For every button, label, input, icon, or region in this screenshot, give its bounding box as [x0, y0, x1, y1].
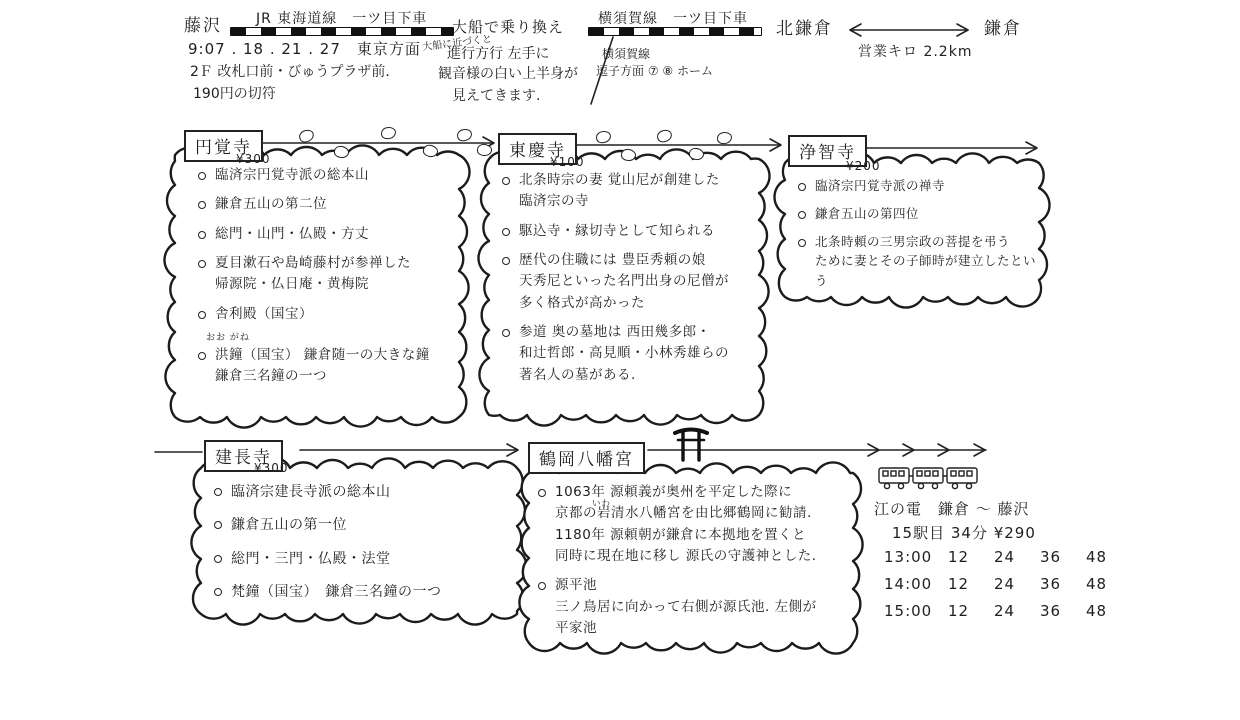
note-item: 鎌倉五山の第四位 [798, 204, 1044, 224]
note-text: 北条時頼の三男宗政の菩提を弔う ために妻とその子師時が建立したという [815, 232, 1044, 291]
timetable-cell: 15:00 [884, 602, 948, 620]
note-item: 夏目漱石や島崎藤村が参禅した 帰源院・仏日庵・黄梅院 [198, 253, 450, 296]
note-text: 洪鐘（国宝） 鎌倉随一の大きな鐘 鎌倉三名鐘の一つ [215, 345, 430, 388]
note-text: 臨済宗建長寺派の総本山 [231, 481, 391, 503]
note-text: 鎌倉五山の第一位 [231, 514, 347, 536]
note-text: 源平池 三ノ鳥居に向かって右側が源氏池. 左側が 平家池 [555, 575, 817, 639]
note-text: 総門・三門・仏殿・法堂 [231, 548, 391, 570]
note-text: 総門・山門・仏殿・方丈 [215, 224, 369, 245]
timetable-cell: 24 [994, 575, 1040, 593]
bullet-icon [538, 582, 546, 590]
station-kita-kamakura: 北鎌倉 [776, 14, 833, 39]
enoden-title: 江の電 鎌倉 ～ 藤沢 [874, 498, 1030, 519]
gate-note: 2Ｆ 改札口前・びゅうプラザ前． [190, 61, 399, 81]
timetable-cell: 12 [948, 575, 994, 593]
note-text: 鎌倉五山の第二位 [215, 194, 327, 215]
note-text: 北条時宗の妻 覚山尼が創建した 臨済宗の寺 [519, 170, 720, 213]
timetable-row: 15:00 12 24 36 48 [884, 602, 1132, 620]
bullet-icon [198, 311, 206, 319]
note-item: 総門・山門・仏殿・方丈 [198, 224, 450, 245]
distance-note: 営業キロ 2.2km [858, 41, 972, 61]
bullet-icon [798, 183, 806, 191]
note-item: 舎利殿（国宝） [198, 304, 450, 325]
note-text: 臨済宗円覚寺派の総本山 [215, 165, 369, 186]
note-text: 夏目漱石や島崎藤村が参禅した 帰源院・仏日庵・黄梅院 [215, 253, 411, 296]
bullet-icon [214, 588, 222, 596]
bullet-icon [798, 239, 806, 247]
note-text: 舎利殿（国宝） [215, 304, 313, 325]
note-item: 駆込寺・縁切寺として知られる [502, 221, 750, 242]
note-text: 歴代の住職には 豊臣秀頼の娘 天秀尼といった名門出身の尼僧が 多く格式が高かった [519, 250, 729, 314]
origin-station-label: 藤沢 [184, 11, 222, 36]
admission-fee-engakuji: ¥300 [236, 152, 271, 166]
timetable-row: 14:00 12 24 36 48 [884, 575, 1132, 593]
transfer-note-line1: 進行方行 左手に [447, 43, 549, 63]
railway-track-icon [588, 27, 762, 36]
timetable-row: 13:00 12 24 36 48 [884, 548, 1132, 566]
note-item: 洪鐘（国宝） 鎌倉随一の大きな鐘 鎌倉三名鐘の一つ [198, 345, 450, 388]
torii-icon [672, 424, 710, 462]
timetable-cell: 24 [994, 602, 1040, 620]
departure-times: 9:07 . 18 . 21 . 27 東京方面 [188, 38, 421, 59]
bullet-icon [214, 521, 222, 529]
timetable-cell: 48 [1086, 575, 1132, 593]
note-item: 歴代の住職には 豊臣秀頼の娘 天秀尼といった名門出身の尼僧が 多く格式が高かった [502, 250, 750, 314]
note-item: 臨済宗建長寺派の総本山 [214, 481, 512, 503]
note-text: 鎌倉五山の第四位 [815, 204, 919, 224]
bullet-icon [538, 489, 546, 497]
note-item: 総門・三門・仏殿・法堂 [214, 548, 512, 570]
note-text: 梵鐘（国宝） 鎌倉三名鐘の一つ [231, 581, 442, 603]
bullet-icon [198, 172, 206, 180]
train-icon [878, 461, 980, 493]
note-text: 臨済宗円覚寺派の禅寺 [815, 176, 945, 196]
bullet-icon [198, 201, 206, 209]
note-item: 梵鐘（国宝） 鎌倉三名鐘の一つ [214, 581, 512, 603]
bullet-icon [214, 488, 222, 496]
note-item: 臨済宗円覚寺派の禅寺 [798, 176, 1044, 196]
timetable-cell: 48 [1086, 548, 1132, 566]
note-item: 北条時頼の三男宗政の菩提を弔う ために妻とその子師時が建立したという [798, 232, 1044, 291]
shrine-name-box-tsurugaoka-hachimangu: 鶴岡八幡宮 [528, 442, 645, 474]
transfer-note-line2: 観音様の白い上半身が [438, 63, 578, 83]
note-text: 駆込寺・縁切寺として知られる [519, 221, 715, 242]
timetable-cell: 24 [994, 548, 1040, 566]
furigana-iwa: いわ [592, 497, 611, 509]
transfer-note-line3: 見えてきます. [452, 85, 540, 105]
yokosuka-line-label: 横須賀線 一ツ目下車 [598, 8, 748, 28]
yokosuka-platform-note-line1: 横須賀線 [602, 45, 650, 62]
timetable-cell: 14:00 [884, 575, 948, 593]
note-item: 1063年 源頼義が奥州を平定した際に 京都の岩清水八幡宮を由比郷鶴岡に勧請. … [538, 482, 844, 567]
bullet-icon [502, 257, 510, 265]
timetable-cell: 36 [1040, 602, 1086, 620]
bullet-icon [198, 260, 206, 268]
tokeiji-notes: 北条時宗の妻 覚山尼が創建した 臨済宗の寺 駆込寺・縁切寺として知られる 歴代の… [502, 170, 750, 386]
station-kamakura: 鎌倉 [984, 14, 1022, 39]
ticket-note: 190円の切符 [193, 83, 276, 103]
kenchoji-notes: 臨済宗建長寺派の総本山 鎌倉五山の第一位 総門・三門・仏殿・法堂 梵鐘（国宝） … [214, 481, 512, 604]
note-item: 臨済宗円覚寺派の総本山 [198, 165, 450, 186]
bullet-icon [198, 352, 206, 360]
note-text: 1063年 源頼義が奥州を平定した際に 京都の岩清水八幡宮を由比郷鶴岡に勧請. … [555, 482, 817, 567]
hachimangu-notes: 1063年 源頼義が奥州を平定した際に 京都の岩清水八幡宮を由比郷鶴岡に勧請. … [538, 482, 844, 639]
railway-track-icon [230, 27, 454, 36]
jr-line-label: JR 東海道線 一ツ目下車 [256, 8, 427, 28]
note-item: 鎌倉五山の第一位 [214, 514, 512, 536]
jochiji-notes: 臨済宗円覚寺派の禅寺 鎌倉五山の第四位 北条時頼の三男宗政の菩提を弔う ために妻… [798, 176, 1044, 291]
timetable-cell: 12 [948, 602, 994, 620]
timetable-cell: 36 [1040, 548, 1086, 566]
admission-fee-tokeiji: ¥100 [550, 155, 585, 169]
bullet-icon [214, 555, 222, 563]
bullet-icon [798, 211, 806, 219]
engakuji-notes: 臨済宗円覚寺派の総本山 鎌倉五山の第二位 総門・山門・仏殿・方丈 夏目漱石や島崎… [198, 165, 450, 388]
note-item: 鎌倉五山の第二位 [198, 194, 450, 215]
note-item: 源平池 三ノ鳥居に向かって右側が源氏池. 左側が 平家池 [538, 575, 844, 639]
bullet-icon [198, 231, 206, 239]
admission-fee-kenchoji: ¥300 [254, 461, 289, 475]
bullet-icon [502, 228, 510, 236]
timetable-cell: 36 [1040, 575, 1086, 593]
furigana-ogane: おお がね [206, 330, 250, 343]
bullet-icon [502, 177, 510, 185]
admission-fee-jochiji: ¥200 [846, 159, 881, 173]
enoden-timetable: 13:00 12 24 36 48 14:00 12 24 36 48 15:0… [884, 548, 1132, 620]
yokosuka-platform-note-line2: 逗子方面 ⑦ ⑧ ホーム [596, 62, 713, 79]
timetable-cell: 12 [948, 548, 994, 566]
note-item: 参道 奥の墓地は 西田幾多郎・ 和辻哲郎・高見順・小林秀雄らの 著名人の墓がある… [502, 322, 750, 386]
timetable-cell: 13:00 [884, 548, 948, 566]
enoden-summary: 15駅目 34分 ¥290 [892, 522, 1036, 543]
handwritten-itinerary-page: 藤沢 JR 東海道線 一ツ目下車 9:07 . 18 . 21 . 27 東京方… [0, 0, 1240, 720]
timetable-cell: 48 [1086, 602, 1132, 620]
note-item: 北条時宗の妻 覚山尼が創建した 臨済宗の寺 [502, 170, 750, 213]
note-text: 参道 奥の墓地は 西田幾多郎・ 和辻哲郎・高見順・小林秀雄らの 著名人の墓がある… [519, 322, 729, 386]
bullet-icon [502, 329, 510, 337]
